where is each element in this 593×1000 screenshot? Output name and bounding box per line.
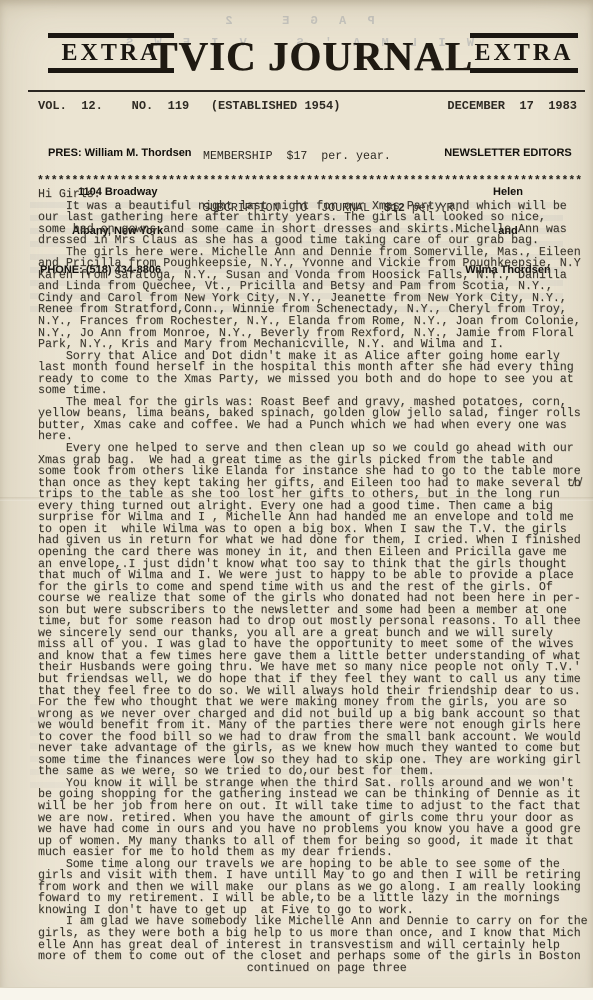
journal-title: TVIC JOURNAL <box>150 33 470 79</box>
typed-line: some took from others like Elanda for in… <box>38 466 587 478</box>
typed-line: Hi Girls: <box>38 189 587 201</box>
typed-line: course we realize that some of the girls… <box>38 593 587 605</box>
typed-line: continued on page three <box>38 963 587 975</box>
issue-date: DECEMBER 17 1983 <box>447 99 577 113</box>
typed-line: much easier for me to hold them as my de… <box>38 847 587 859</box>
typed-line: For the few who thought that we were mak… <box>38 697 587 709</box>
typed-line: but friendsas well, we do hope that if t… <box>38 674 587 686</box>
typed-line: butter, Xmas cake and coffee. We had a P… <box>38 420 587 432</box>
volume-number: VOL. 12. NO. 119 (ESTABLISHED 1954) <box>38 99 340 113</box>
newsletter-page: P A G E 2 W I L M A ' S V I E W S EXTRA … <box>0 0 593 1000</box>
typed-line: we would benefit from it. Many of the pa… <box>38 720 587 732</box>
banner-bar-top-right <box>470 33 578 38</box>
typed-line: our last gathering here after thirty yea… <box>38 212 587 224</box>
extra-banner-right: EXTRA <box>470 33 578 73</box>
typed-line: N.Y., Frances from Rochester, N.Y., Elan… <box>38 316 587 328</box>
typed-line: dressed in Mrs Claus as she has a good t… <box>38 235 587 247</box>
typed-line: Park, N.Y., Kris and Mary from Mechanicv… <box>38 339 587 351</box>
membership-line: MEMBERSHIP $17 per. year. <box>203 150 460 163</box>
banner-bar-bottom-right <box>470 68 578 73</box>
letter-body: Hi Girls: It was a beautiful night last … <box>38 189 587 974</box>
bleedthrough-page-number: P A G E 2 <box>0 14 593 28</box>
typed-line: will be her job from here on out. It wil… <box>38 801 587 813</box>
issue-line: VOL. 12. NO. 119 (ESTABLISHED 1954) DECE… <box>38 99 577 113</box>
editors-title: NEWSLETTER EDITORS <box>433 147 583 160</box>
typed-line: Every one helped to serve and then clean… <box>38 443 587 455</box>
typed-line: more of them to come out of the closet a… <box>38 951 587 963</box>
header-divider-rule <box>28 90 585 92</box>
typed-line: ready to come to the Xmas Party, we miss… <box>38 374 587 386</box>
typed-line: opening the card there was money in it, … <box>38 547 587 559</box>
separator-asterisks: ****************************************… <box>37 175 585 188</box>
president-name-line: PRES: William M. Thordsen <box>48 147 192 160</box>
typed-line: that much of Wilma and I. We were just t… <box>38 570 587 582</box>
extra-label-right: EXTRA <box>470 40 578 66</box>
typed-line: girls, as they were both a big help to u… <box>38 928 587 940</box>
scan-edge-strip <box>0 987 593 1000</box>
typed-line: we have had come in ours and you have no… <box>38 824 587 836</box>
